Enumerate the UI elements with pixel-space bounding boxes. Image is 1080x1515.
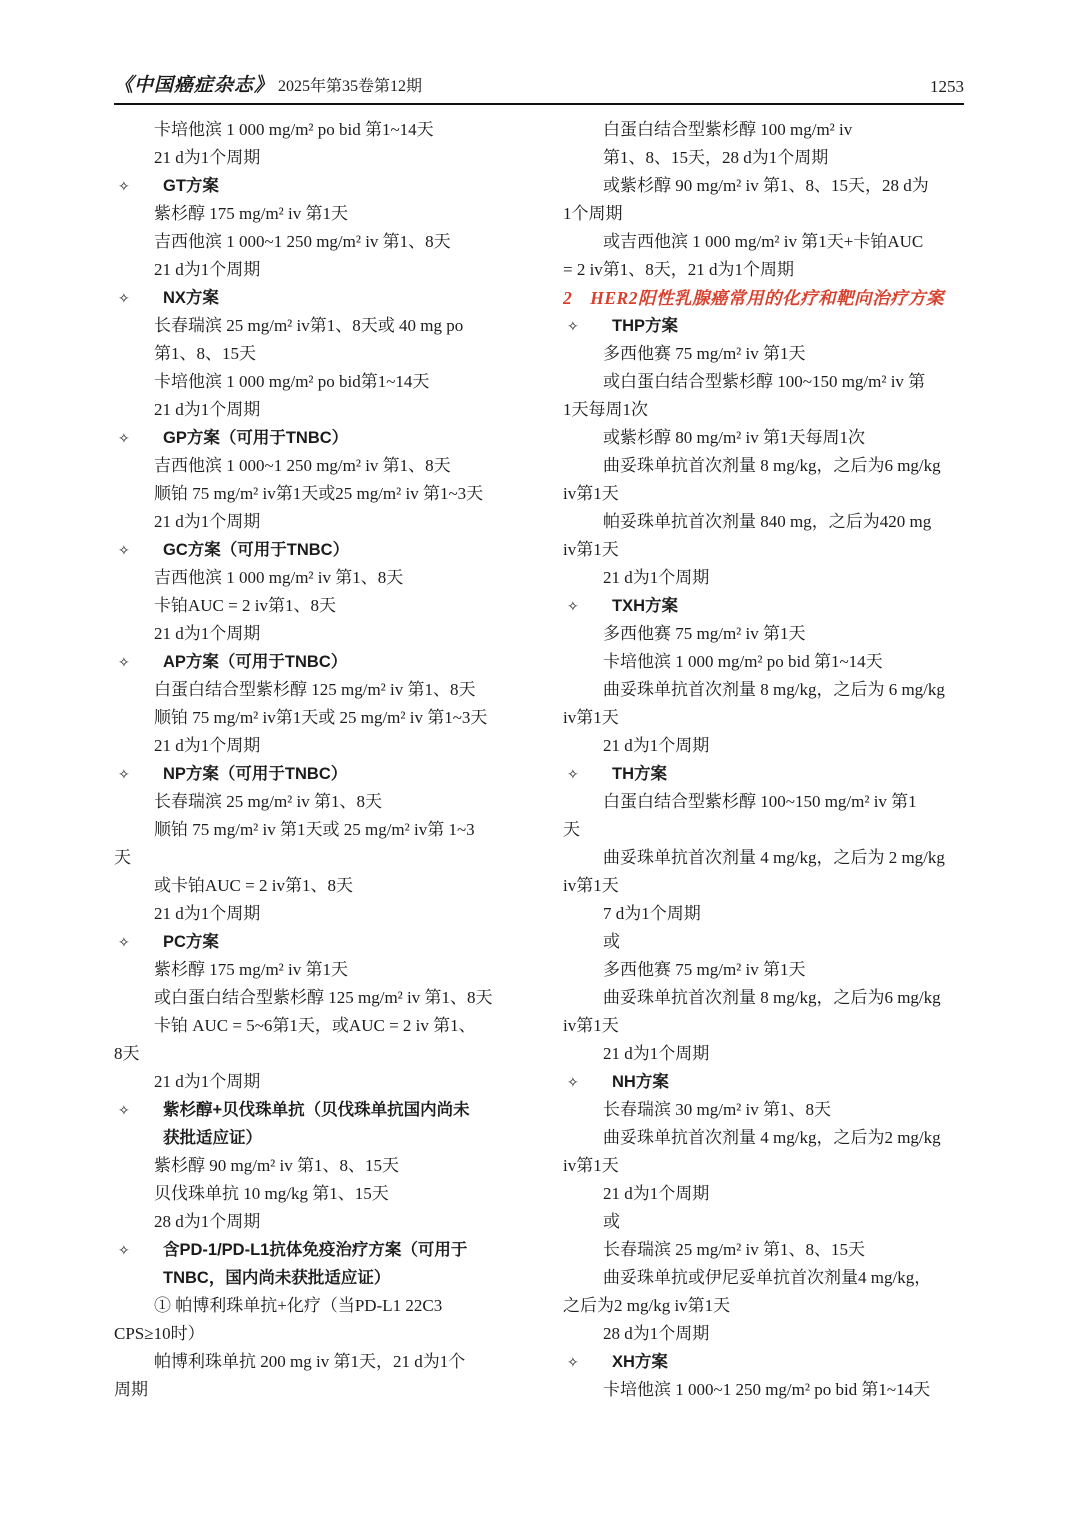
scheme-heading: ✧含PD-1/PD-L1抗体免疫治疗方案（可用于 — [114, 1236, 515, 1264]
diamond-bullet-icon: ✧ — [114, 1237, 163, 1265]
text-line: 白蛋白结合型紫杉醇 100 mg/m² iv — [563, 116, 964, 144]
scheme-heading: ✧TXH方案 — [563, 592, 964, 620]
scheme-name: NH方案 — [612, 1073, 669, 1091]
text-line: 紫杉醇 90 mg/m² iv 第1、8、15天 — [114, 1152, 515, 1180]
diamond-bullet-icon: ✧ — [563, 761, 612, 789]
diamond-bullet-icon: ✧ — [114, 1097, 163, 1125]
text-line: iv第1天 — [563, 480, 964, 508]
scheme-heading-continuation: 获批适应证） — [114, 1124, 515, 1152]
text-line: 帕博利珠单抗 200 mg iv 第1天，21 d为1个 — [114, 1348, 515, 1376]
text-line: 白蛋白结合型紫杉醇 125 mg/m² iv 第1、8天 — [114, 676, 515, 704]
text-line: 21 d为1个周期 — [563, 1180, 964, 1208]
scheme-name: 紫杉醇+贝伐珠单抗（贝伐珠单抗国内尚未 — [163, 1101, 470, 1119]
journal-issue: 2025年第35卷第12期 — [278, 78, 422, 95]
scheme-heading: ✧THP方案 — [563, 312, 964, 340]
text-line: 或卡铂AUC = 2 iv第1、8天 — [114, 872, 515, 900]
text-line: 21 d为1个周期 — [563, 564, 964, 592]
text-line: 卡培他滨 1 000 mg/m² po bid第1~14天 — [114, 368, 515, 396]
text-line: 曲妥珠单抗首次剂量 8 mg/kg，之后为6 mg/kg — [563, 452, 964, 480]
text-line: 1天每周1次 — [563, 396, 964, 424]
text-line: 28 d为1个周期 — [563, 1320, 964, 1348]
diamond-bullet-icon: ✧ — [114, 929, 163, 957]
text-line: 或白蛋白结合型紫杉醇 100~150 mg/m² iv 第 — [563, 368, 964, 396]
page-number: 1253 — [930, 76, 964, 98]
text-line: iv第1天 — [563, 704, 964, 732]
diamond-bullet-icon: ✧ — [114, 649, 163, 677]
text-line: 周期 — [114, 1376, 515, 1404]
scheme-name: NP方案（可用于TNBC） — [163, 765, 347, 783]
scheme-heading: ✧紫杉醇+贝伐珠单抗（贝伐珠单抗国内尚未 — [114, 1096, 515, 1124]
text-line: 卡铂AUC = 2 iv第1、8天 — [114, 592, 515, 620]
text-line: ① 帕博利珠单抗+化疗（当PD-L1 22C3 — [114, 1292, 515, 1320]
journal-page: 《中国癌症杂志》2025年第35卷第12期 1253 卡培他滨 1 000 mg… — [0, 0, 1080, 1515]
text-line: 21 d为1个周期 — [114, 732, 515, 760]
text-line: 或吉西他滨 1 000 mg/m² iv 第1天+卡铂AUC — [563, 228, 964, 256]
text-line: 第1、8、15天，28 d为1个周期 — [563, 144, 964, 172]
text-line: 吉西他滨 1 000~1 250 mg/m² iv 第1、8天 — [114, 228, 515, 256]
scheme-heading: ✧NX方案 — [114, 284, 515, 312]
right-column: 白蛋白结合型紫杉醇 100 mg/m² iv第1、8、15天，28 d为1个周期… — [563, 116, 964, 1404]
diamond-bullet-icon: ✧ — [563, 1349, 612, 1377]
diamond-bullet-icon: ✧ — [563, 313, 612, 341]
text-line: 顺铂 75 mg/m² iv 第1天或 25 mg/m² iv第 1~3 — [114, 816, 515, 844]
text-line: 紫杉醇 175 mg/m² iv 第1天 — [114, 200, 515, 228]
diamond-bullet-icon: ✧ — [114, 537, 163, 565]
text-line: 21 d为1个周期 — [114, 1068, 515, 1096]
scheme-name: GP方案（可用于TNBC） — [163, 429, 348, 447]
scheme-heading-continuation: TNBC，国内尚未获批适应证） — [114, 1264, 515, 1292]
scheme-heading: ✧GT方案 — [114, 172, 515, 200]
scheme-heading: ✧AP方案（可用于TNBC） — [114, 648, 515, 676]
text-line: 卡培他滨 1 000~1 250 mg/m² po bid 第1~14天 — [563, 1376, 964, 1404]
text-line: 21 d为1个周期 — [114, 900, 515, 928]
text-line: 帕妥珠单抗首次剂量 840 mg，之后为420 mg — [563, 508, 964, 536]
text-line: 或白蛋白结合型紫杉醇 125 mg/m² iv 第1、8天 — [114, 984, 515, 1012]
scheme-name: GC方案（可用于TNBC） — [163, 541, 349, 559]
text-line: 卡培他滨 1 000 mg/m² po bid 第1~14天 — [114, 116, 515, 144]
section-heading: 2 HER2阳性乳腺癌常用的化疗和靶向治疗方案 — [563, 284, 964, 312]
diamond-bullet-icon: ✧ — [563, 1069, 612, 1097]
diamond-bullet-icon: ✧ — [114, 425, 163, 453]
text-line: 曲妥珠单抗首次剂量 4 mg/kg，之后为 2 mg/kg — [563, 844, 964, 872]
text-line: 8天 — [114, 1040, 515, 1068]
scheme-name: NX方案 — [163, 289, 219, 307]
diamond-bullet-icon: ✧ — [114, 173, 163, 201]
text-line: 卡铂 AUC = 5~6第1天，或AUC = 2 iv 第1、 — [114, 1012, 515, 1040]
text-line: 曲妥珠单抗首次剂量 4 mg/kg，之后为2 mg/kg — [563, 1124, 964, 1152]
text-line: iv第1天 — [563, 536, 964, 564]
scheme-heading: ✧GP方案（可用于TNBC） — [114, 424, 515, 452]
text-line: 21 d为1个周期 — [114, 144, 515, 172]
text-line: = 2 iv第1、8天，21 d为1个周期 — [563, 256, 964, 284]
text-line: iv第1天 — [563, 1152, 964, 1180]
scheme-heading: ✧NH方案 — [563, 1068, 964, 1096]
text-line: 白蛋白结合型紫杉醇 100~150 mg/m² iv 第1 — [563, 788, 964, 816]
text-line: 多西他赛 75 mg/m² iv 第1天 — [563, 340, 964, 368]
scheme-name: 含PD-1/PD-L1抗体免疫治疗方案（可用于 — [163, 1241, 467, 1259]
text-line: 21 d为1个周期 — [563, 1040, 964, 1068]
text-line: iv第1天 — [563, 872, 964, 900]
text-line: 顺铂 75 mg/m² iv第1天或25 mg/m² iv 第1~3天 — [114, 480, 515, 508]
scheme-heading: ✧XH方案 — [563, 1348, 964, 1376]
diamond-bullet-icon: ✧ — [114, 761, 163, 789]
text-line: 顺铂 75 mg/m² iv第1天或 25 mg/m² iv 第1~3天 — [114, 704, 515, 732]
text-line: 长春瑞滨 25 mg/m² iv 第1、8、15天 — [563, 1236, 964, 1264]
scheme-name: AP方案（可用于TNBC） — [163, 653, 347, 671]
journal-title: 《中国癌症杂志》 — [114, 74, 274, 96]
text-line: 吉西他滨 1 000~1 250 mg/m² iv 第1、8天 — [114, 452, 515, 480]
text-line: iv第1天 — [563, 1012, 964, 1040]
text-line: 21 d为1个周期 — [114, 396, 515, 424]
text-line: 天 — [114, 844, 515, 872]
text-line: 长春瑞滨 30 mg/m² iv 第1、8天 — [563, 1096, 964, 1124]
text-line: 曲妥珠单抗首次剂量 8 mg/kg，之后为6 mg/kg — [563, 984, 964, 1012]
scheme-name: PC方案 — [163, 933, 219, 951]
page-header: 《中国癌症杂志》2025年第35卷第12期 1253 — [0, 0, 1080, 98]
text-line: 紫杉醇 175 mg/m² iv 第1天 — [114, 956, 515, 984]
scheme-name: XH方案 — [612, 1353, 668, 1371]
text-line: 或紫杉醇 90 mg/m² iv 第1、8、15天，28 d为 — [563, 172, 964, 200]
text-line: 曲妥珠单抗或伊尼妥单抗首次剂量4 mg/kg， — [563, 1264, 964, 1292]
text-line: 21 d为1个周期 — [563, 732, 964, 760]
text-line: 贝伐珠单抗 10 mg/kg 第1、15天 — [114, 1180, 515, 1208]
text-line: 卡培他滨 1 000 mg/m² po bid 第1~14天 — [563, 648, 964, 676]
text-line: 21 d为1个周期 — [114, 256, 515, 284]
text-line: 吉西他滨 1 000 mg/m² iv 第1、8天 — [114, 564, 515, 592]
two-column-body: 卡培他滨 1 000 mg/m² po bid 第1~14天21 d为1个周期✧… — [0, 105, 1080, 1404]
text-line: 21 d为1个周期 — [114, 508, 515, 536]
text-line: 长春瑞滨 25 mg/m² iv第1、8天或 40 mg po — [114, 312, 515, 340]
text-line: 28 d为1个周期 — [114, 1208, 515, 1236]
scheme-heading: ✧TH方案 — [563, 760, 964, 788]
scheme-name: TH方案 — [612, 765, 667, 783]
scheme-heading: ✧GC方案（可用于TNBC） — [114, 536, 515, 564]
journal-header-left: 《中国癌症杂志》2025年第35卷第12期 — [114, 74, 422, 98]
text-line: 21 d为1个周期 — [114, 620, 515, 648]
scheme-name: GT方案 — [163, 177, 219, 195]
scheme-heading: ✧PC方案 — [114, 928, 515, 956]
scheme-name: THP方案 — [612, 317, 678, 335]
text-line: 曲妥珠单抗首次剂量 8 mg/kg，之后为 6 mg/kg — [563, 676, 964, 704]
text-line: 第1、8、15天 — [114, 340, 515, 368]
text-line: 或紫杉醇 80 mg/m² iv 第1天每周1次 — [563, 424, 964, 452]
text-line: 1个周期 — [563, 200, 964, 228]
diamond-bullet-icon: ✧ — [563, 593, 612, 621]
text-line: 7 d为1个周期 — [563, 900, 964, 928]
text-line: 之后为2 mg/kg iv第1天 — [563, 1292, 964, 1320]
text-line: 长春瑞滨 25 mg/m² iv 第1、8天 — [114, 788, 515, 816]
text-line: CPS≥10时） — [114, 1320, 515, 1348]
text-line: 多西他赛 75 mg/m² iv 第1天 — [563, 620, 964, 648]
text-line: 或 — [563, 1208, 964, 1236]
left-column: 卡培他滨 1 000 mg/m² po bid 第1~14天21 d为1个周期✧… — [114, 116, 515, 1404]
scheme-name: TXH方案 — [612, 597, 678, 615]
diamond-bullet-icon: ✧ — [114, 285, 163, 313]
text-line: 天 — [563, 816, 964, 844]
scheme-heading: ✧NP方案（可用于TNBC） — [114, 760, 515, 788]
text-line: 多西他赛 75 mg/m² iv 第1天 — [563, 956, 964, 984]
text-line: 或 — [563, 928, 964, 956]
